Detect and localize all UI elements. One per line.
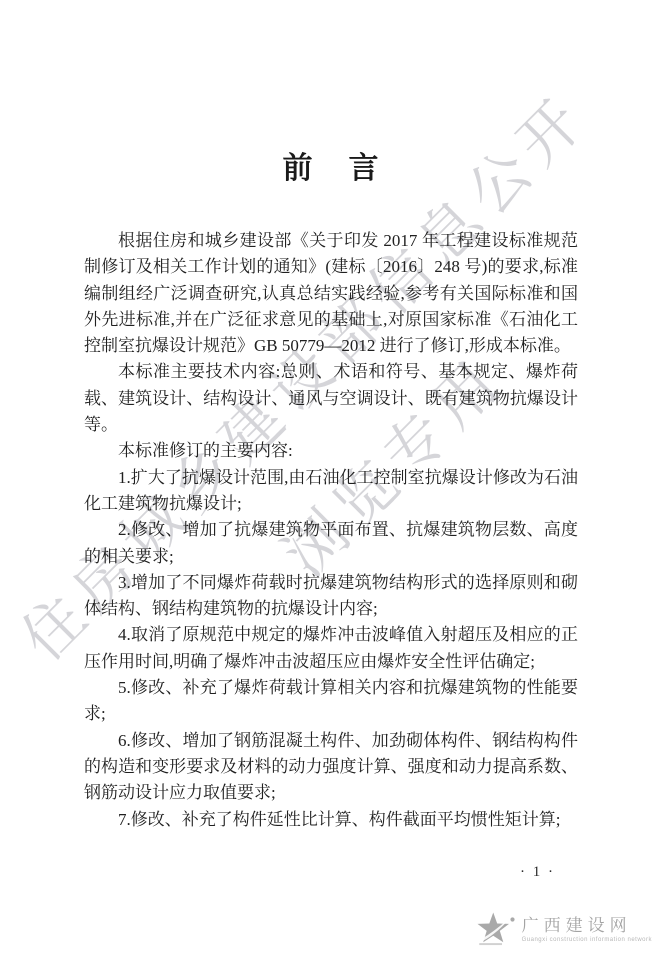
site-logo: 广西建设网 Guangxi construction information n… bbox=[474, 910, 652, 950]
site-logo-name: 广西建设网 bbox=[522, 916, 652, 936]
paragraph: 5.修改、补充了爆炸荷载计算相关内容和抗爆建筑物的性能要求; bbox=[84, 675, 578, 728]
document-body: 根据住房和城乡建设部《关于印发 2017 年工程建设标准规范制修订及相关工作计划… bbox=[84, 228, 578, 833]
paragraph: 6.修改、增加了钢筋混凝土构件、加劲砌体构件、钢结构构件的构造和变形要求及材料的… bbox=[84, 728, 578, 807]
paragraph: 根据住房和城乡建设部《关于印发 2017 年工程建设标准规范制修订及相关工作计划… bbox=[84, 228, 578, 359]
paragraph: 4.取消了原规范中规定的爆炸冲击波峰值入射超压及相应的正压作用时间,明确了爆炸冲… bbox=[84, 622, 578, 675]
paragraph: 本标准主要技术内容:总则、术语和符号、基本规定、爆炸荷载、建筑设计、结构设计、通… bbox=[84, 359, 578, 438]
document-page: 住房城乡建设部信息公开 浏览专用 前言 根据住房和城乡建设部《关于印发 2017… bbox=[0, 0, 661, 959]
star-icon bbox=[474, 910, 516, 950]
paragraph: 本标准修订的主要内容: bbox=[84, 438, 578, 464]
page-title: 前言 bbox=[0, 143, 661, 187]
paragraph: 7.修改、补充了构件延性比计算、构件截面平均惯性矩计算; bbox=[84, 807, 578, 833]
page-number: · 1 · bbox=[520, 864, 555, 881]
paragraph: 3.增加了不同爆炸荷载时抗爆建筑物结构形式的选择原则和砌体结构、钢结构建筑物的抗… bbox=[84, 570, 578, 623]
paragraph: 2.修改、增加了抗爆建筑物平面布置、抗爆建筑物层数、高度的相关要求; bbox=[84, 517, 578, 570]
site-logo-subtext: Guangxi construction information network bbox=[522, 936, 652, 944]
paragraph: 1.扩大了抗爆设计范围,由石油化工控制室抗爆设计修改为石油化工建筑物抗爆设计; bbox=[84, 465, 578, 518]
